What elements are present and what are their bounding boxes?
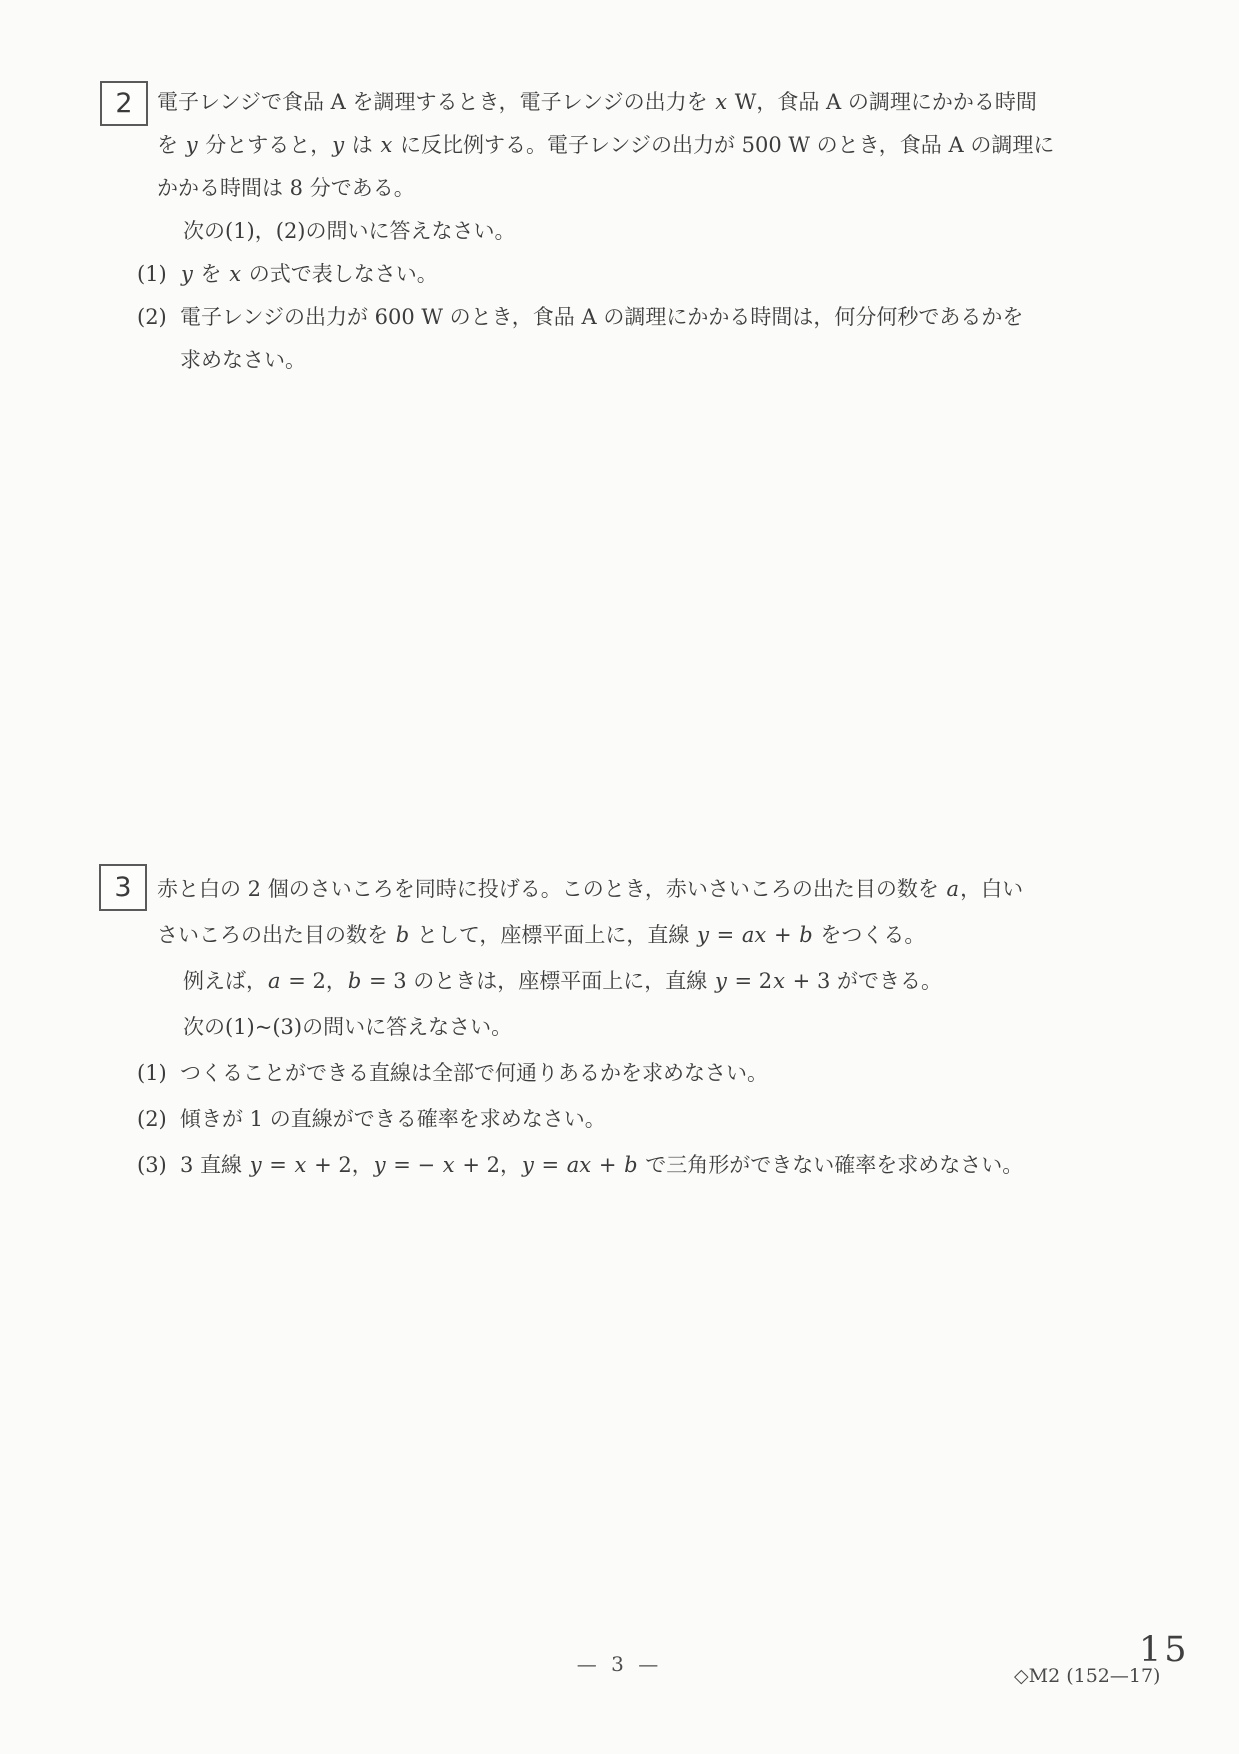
question-marker: (1): [137, 1050, 180, 1096]
problem-2-question-1: (1) y を x の式で表しなさい。: [137, 253, 1169, 296]
question-marker: (2): [137, 1096, 180, 1142]
problem-3: 赤と白の 2 個のさいころを同時に投げる。このとき，赤いさいころの出た目の数を …: [0, 866, 1239, 1188]
problem-3-question-2: (2) 傾きが 1 の直線ができる確率を求めなさい。: [137, 1096, 1169, 1142]
problem-3-question-2-text: 傾きが 1 の直線ができる確率を求めなさい。: [180, 1096, 606, 1142]
problem-2-text: 電子レンジで食品 A を調理するとき，電子レンジの出力を x W，食品 A の調…: [137, 81, 1169, 382]
problem-3-example-line: 例えば，a = 2，b = 3 のときは，座標平面上に，直線 y = 2x + …: [137, 958, 1169, 1004]
problem-2-lead-line: 次の(1)，(2)の問いに答えなさい。: [137, 210, 1169, 253]
question-marker: (2): [137, 296, 180, 339]
problem-3-question-1-text: つくることができる直線は全部で何通りあるかを求めなさい。: [180, 1050, 768, 1096]
problem-2-question-2-text: 電子レンジの出力が 600 W のとき，食品 A の調理にかかる時間は，何分何秒…: [180, 296, 1023, 339]
problem-3-question-3-text: 3 直線 y = x + 2，y = − x + 2，y = ax + b で三…: [180, 1142, 1023, 1188]
problem-2-body-line-2: を y 分とすると，y は x に反比例する。電子レンジの出力が 500 W の…: [137, 124, 1169, 167]
problem-3-lead-line: 次の(1)~(3)の問いに答えなさい。: [137, 1004, 1169, 1050]
problem-3-question-1: (1) つくることができる直線は全部で何通りあるかを求めなさい。: [137, 1050, 1169, 1096]
problem-2-question-2: (2) 電子レンジの出力が 600 W のとき，食品 A の調理にかかる時間は，…: [137, 296, 1169, 339]
problem-2-question-1-text: y を x の式で表しなさい。: [180, 253, 438, 296]
problem-2-question-2-text-cont: 求めなさい。: [137, 339, 1169, 382]
problem-3-question-3: (3) 3 直線 y = x + 2，y = − x + 2，y = ax + …: [137, 1142, 1169, 1188]
problem-3-text: 赤と白の 2 個のさいころを同時に投げる。このとき，赤いさいころの出た目の数を …: [137, 866, 1169, 1188]
question-marker: (3): [137, 1142, 180, 1188]
problem-2-body-line-3: かかる時間は 8 分である。: [137, 167, 1169, 210]
serial-stamp-number: 15: [1139, 1630, 1190, 1670]
problem-2: 電子レンジで食品 A を調理するとき，電子レンジの出力を x W，食品 A の調…: [0, 81, 1239, 382]
problem-3-body-line-2: さいころの出た目の数を b として，座標平面上に，直線 y = ax + b を…: [137, 912, 1169, 958]
question-marker: (1): [137, 253, 180, 296]
exam-page: 2 電子レンジで食品 A を調理するとき，電子レンジの出力を x W，食品 A …: [0, 0, 1239, 1754]
problem-2-body-line-1: 電子レンジで食品 A を調理するとき，電子レンジの出力を x W，食品 A の調…: [137, 81, 1169, 124]
problem-3-body-line-1: 赤と白の 2 個のさいころを同時に投げる。このとき，赤いさいころの出た目の数を …: [137, 866, 1169, 912]
